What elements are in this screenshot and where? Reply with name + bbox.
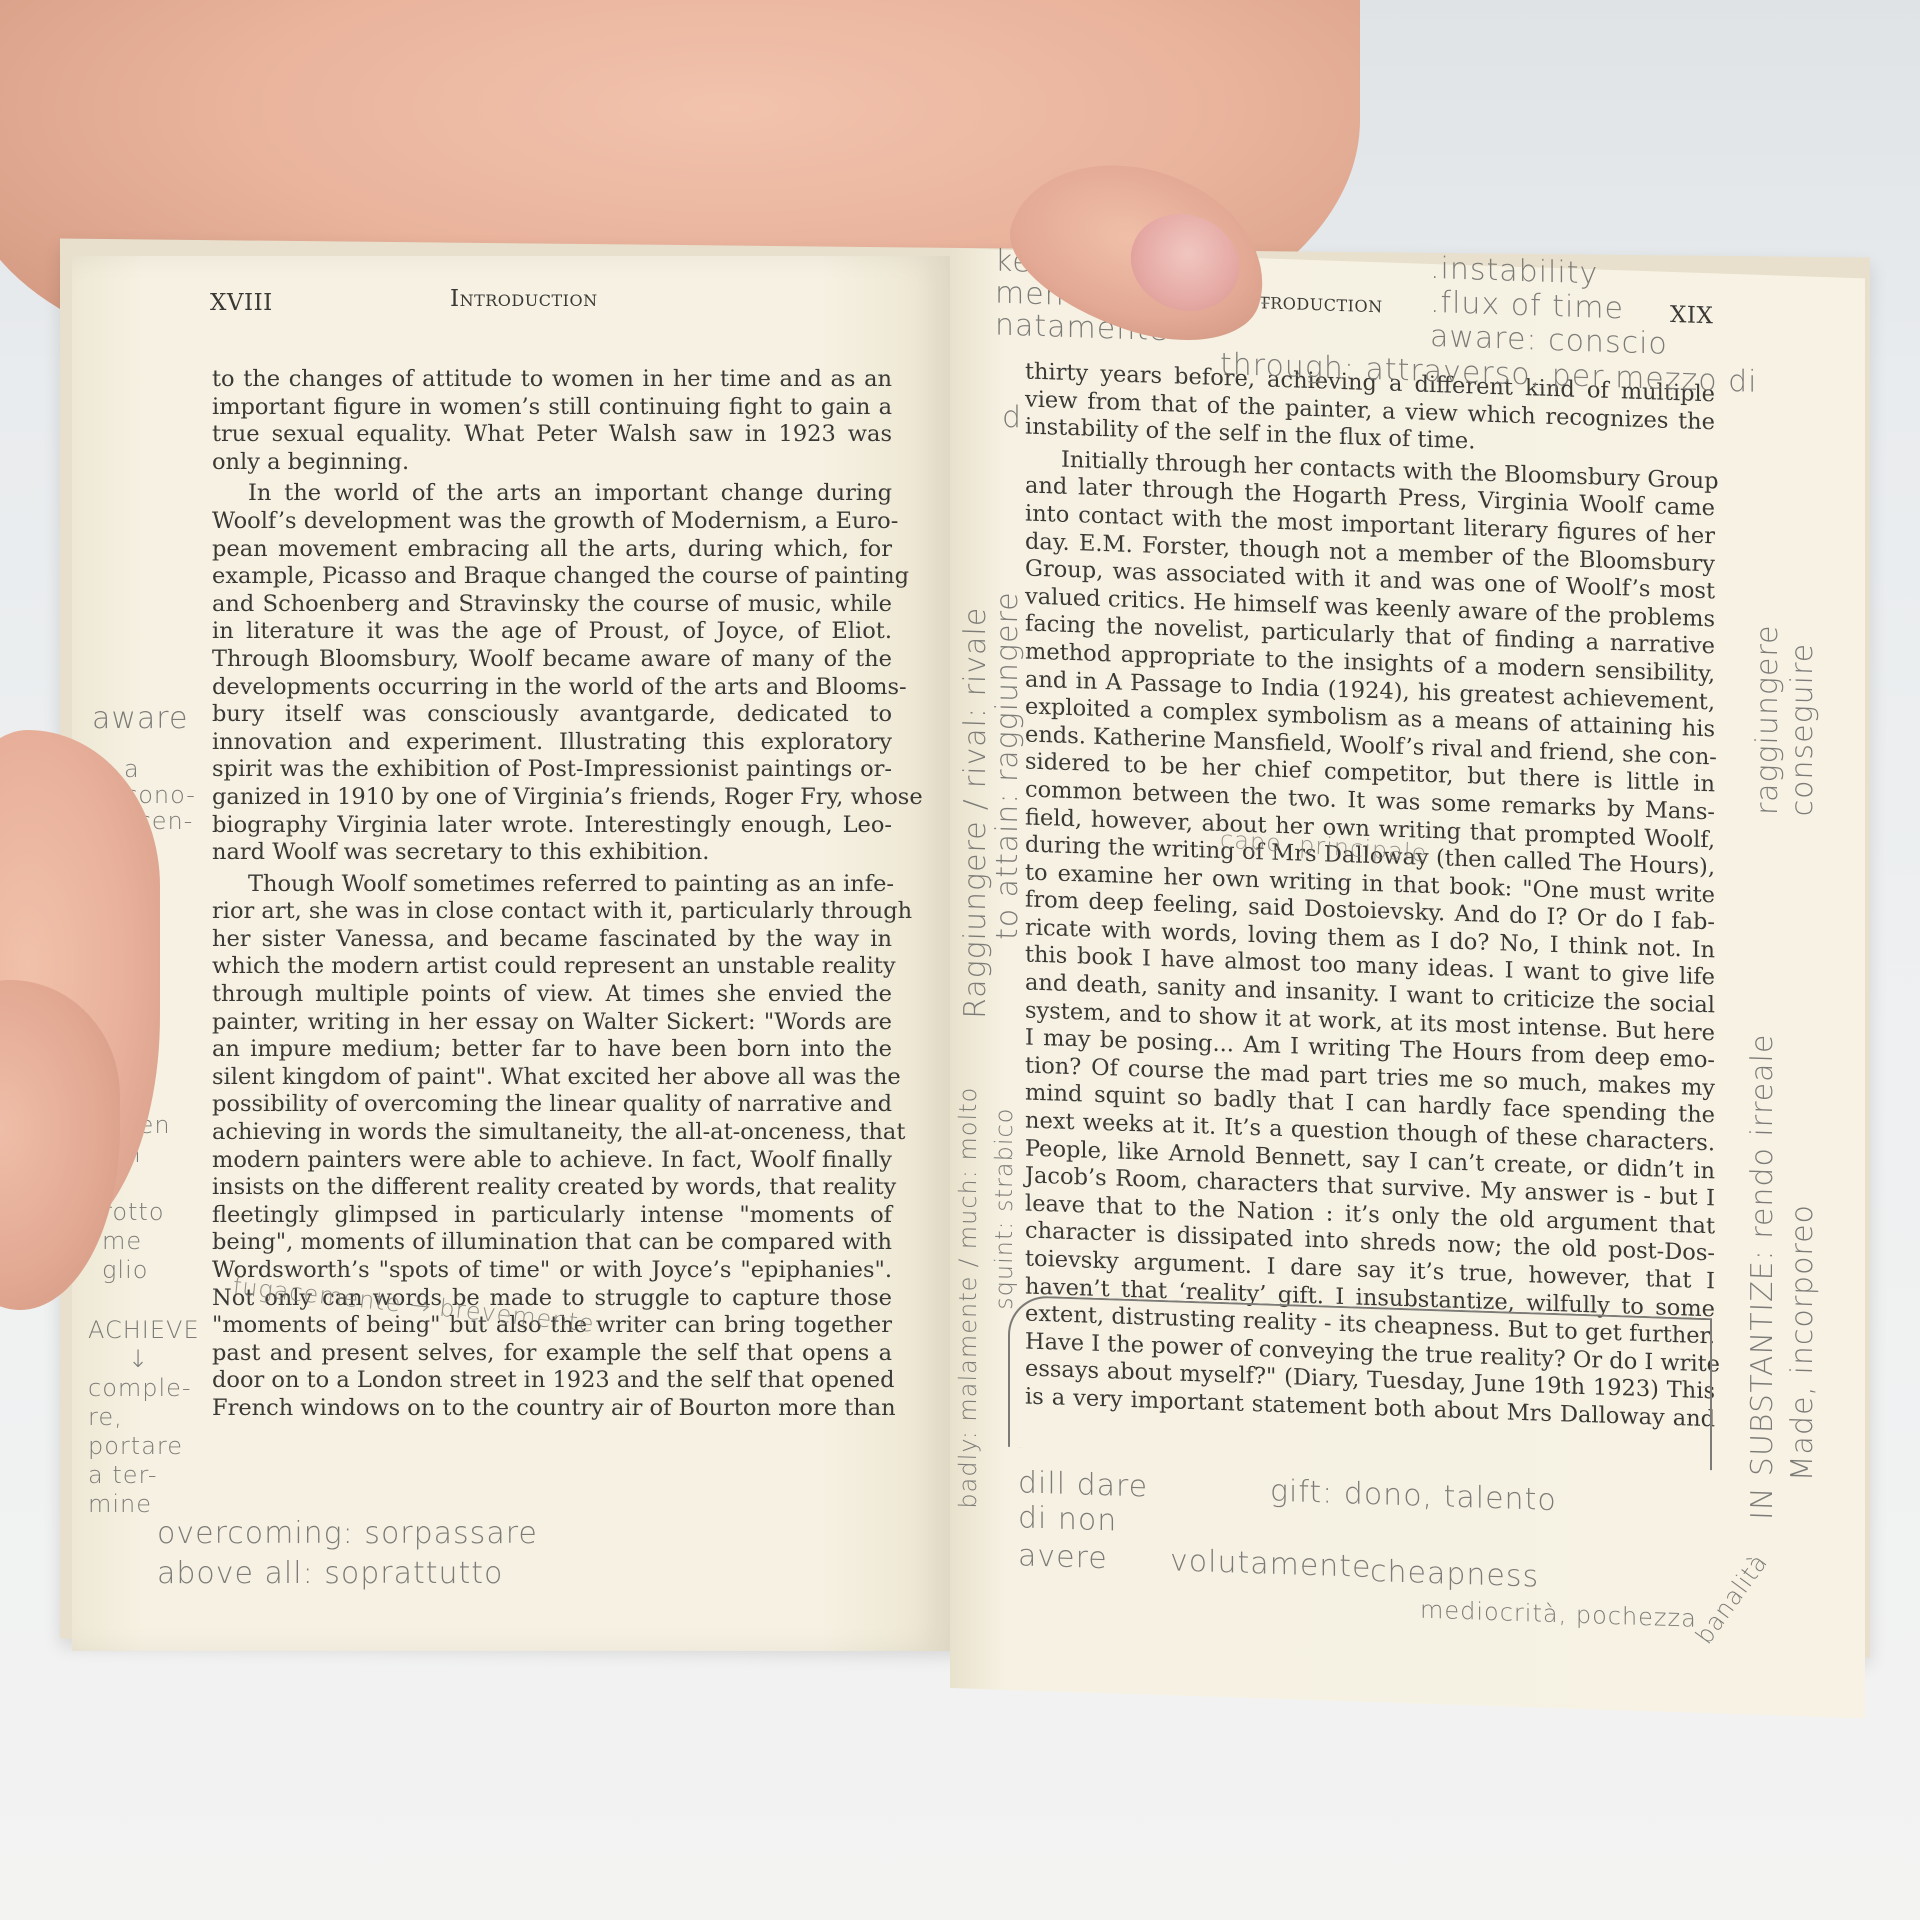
bracket-mark — [1008, 1295, 1712, 1470]
note-banalita: banalità — [1690, 1548, 1773, 1649]
note-vertical-squint: squint: strabico — [990, 1107, 1018, 1310]
note-vertical-attain: Raggiungere / rival: rivale — [958, 606, 993, 1019]
left-page: XVIII Introduction to the changes of att… — [72, 256, 952, 1651]
left-page-number: XVIII — [210, 290, 273, 316]
text-line: in literature it was the age of Proust, … — [212, 618, 892, 646]
text-line: Though Woolf sometimes referred to paint… — [212, 871, 892, 899]
text-line: her sister Vanessa, and became fascinate… — [212, 926, 892, 954]
text-line: important figure in women’s still contin… — [212, 394, 892, 422]
right-page: Introduction XIX thirty years before, ac… — [950, 248, 1865, 1718]
text-line: rior art, she was in close contact with … — [212, 898, 892, 926]
text-line: pean movement embracing all the arts, du… — [212, 536, 892, 564]
note-cheapness: cheapness — [1370, 1554, 1539, 1595]
text-line: fleetingly glimpsed in particularly inte… — [212, 1202, 892, 1230]
note-achieve: ACHIEVE ↓ comple- re, portare a ter- min… — [88, 1316, 208, 1519]
left-running-head: Introduction — [450, 286, 598, 312]
text-line: being", moments of illumination that can… — [212, 1229, 892, 1257]
text-line: spirit was the exhibition of Post-Impres… — [212, 756, 892, 784]
left-paragraph-1: to the changes of attitude to women in h… — [212, 366, 892, 476]
text-line: and Schoenberg and Stravinsky the course… — [212, 591, 892, 619]
note-cheapness-translation: mediocrità, pochezza — [1420, 1596, 1697, 1633]
left-paragraph-2: In the world of the arts an important ch… — [212, 480, 892, 866]
note-wilfully: volutamente — [1170, 1543, 1372, 1585]
text-line: French windows on to the country air of … — [212, 1395, 892, 1423]
text-line: through multiple points of view. At time… — [212, 981, 892, 1009]
text-line: innovation and experiment. Illustrating … — [212, 729, 892, 757]
text-line: biography Virginia later wrote. Interest… — [212, 812, 892, 840]
text-line: ganized in 1910 by one of Virginia’s fri… — [212, 784, 892, 812]
text-line: door on to a London street in 1923 and t… — [212, 1367, 892, 1395]
text-line: only a beginning. — [212, 449, 892, 477]
note-above-all-translation: above all: soprattutto — [157, 1556, 503, 1591]
note-di-non: di non — [1018, 1500, 1117, 1538]
text-line: insists on the different reality created… — [212, 1174, 892, 1202]
text-line: an impure medium; better far to have bee… — [212, 1036, 892, 1064]
note-vertical-insubstantize: IN SUBSTANTIZE: rendo irreale — [1745, 1033, 1780, 1520]
text-line: which the modern artist could represent … — [212, 953, 892, 981]
right-page-body: thirty years before, achieving a differe… — [1025, 358, 1715, 1433]
text-line: example, Picasso and Braque changed the … — [212, 563, 892, 591]
note-vertical-raggiungere: raggiungere — [1750, 624, 1785, 816]
note-d: d — [1002, 400, 1022, 436]
text-line: true sexual equality. What Peter Walsh s… — [212, 421, 892, 449]
note-vertical-incorporeo: Made, incorporeo — [1785, 1203, 1820, 1481]
note-overcoming-translation: overcoming: sorpassare — [157, 1516, 538, 1551]
text-line: modern painters were able to achieve. In… — [212, 1147, 892, 1175]
note-gift: gift: dono, talento — [1270, 1474, 1557, 1519]
note-vertical-rival: to attain: raggiungere — [990, 591, 1025, 941]
left-paragraph-3: Though Woolf sometimes referred to paint… — [212, 871, 892, 1423]
text-line: bury itself was consciously avantgarde, … — [212, 701, 892, 729]
text-line: painter, writing in her essay on Walter … — [212, 1009, 892, 1037]
text-line: silent kingdom of paint". What excited h… — [212, 1064, 892, 1092]
note-vertical-badly: badly: malamente / much: molto — [954, 1086, 982, 1509]
text-line: Woolf’s development was the growth of Mo… — [212, 508, 892, 536]
note-aware: aware — [92, 701, 188, 736]
note-avere: avere — [1018, 1538, 1108, 1576]
left-page-body: to the changes of attitude to women in h… — [212, 366, 892, 1423]
photo-scene: XVIII Introduction to the changes of att… — [0, 0, 1920, 1920]
text-line: past and present selves, for example the… — [212, 1340, 892, 1368]
right-paragraph-2: Initially through her contacts with the … — [1025, 445, 1715, 1434]
text-line: In the world of the arts an important ch… — [212, 480, 892, 508]
text-line: nard Woolf was secretary to this exhibit… — [212, 839, 892, 867]
text-line: developments occurring in the world of t… — [212, 674, 892, 702]
note-dare: dill dare — [1018, 1465, 1148, 1504]
text-line: Through Bloomsbury, Woolf became aware o… — [212, 646, 892, 674]
note-vertical-conseguire: conseguire — [1785, 642, 1820, 817]
text-line: achieving in words the simultaneity, the… — [212, 1119, 892, 1147]
text-line: possibility of overcoming the linear qua… — [212, 1091, 892, 1119]
text-line: to the changes of attitude to women in h… — [212, 366, 892, 394]
note-instability: .instability .flux of time aware: consci… — [1430, 252, 1760, 365]
